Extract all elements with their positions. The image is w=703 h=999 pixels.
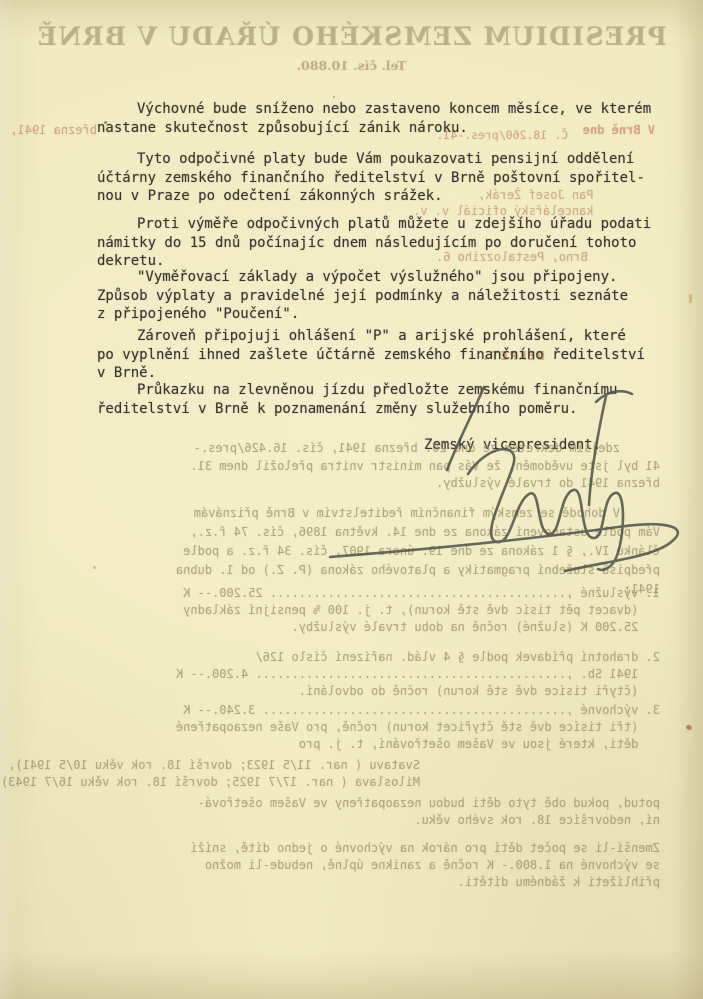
typed-paragraph: Průkazku na zlevněnou jízdu předložte ze… — [97, 381, 673, 418]
text-line: "Vyměřovací základy a výpočet výslužného… — [97, 268, 673, 287]
text-line: potud, pokud obě tyto děti budou nezaopa… — [40, 795, 660, 812]
text-line: z připojeného "Poučení". — [97, 305, 673, 324]
text-line: děti, které jsou ve Vašem ošetřování, t.… — [40, 736, 660, 753]
text-line: nou v Praze po odečtení zákonných srážek… — [97, 187, 673, 206]
text-line: (tři tisíce dvě stě čtyřicet korun) ročn… — [40, 719, 660, 736]
text-line: března 1941 do trvalé výslužby. — [40, 475, 660, 493]
text-line: Tyto odpočivné platy bude Vám poukazovat… — [97, 150, 673, 169]
text-line: (dvacet pět tisíc dvě stě korun), t. j. … — [40, 602, 660, 619]
bleed-paragraph: potud, pokud obě tyto děti budou nezaopa… — [40, 795, 660, 829]
text-line: po vyplnění ihned zašlete účtárně zemské… — [97, 346, 673, 365]
text-line: Proti výměře odpočivných platů můžete u … — [97, 215, 673, 234]
text-line: nastane skutečnost způsobující zánik nár… — [97, 119, 673, 138]
scanned-document-page: PRESIDIUM ZEMSKÉHO ÚŘADU V BRNĚ Tel. čís… — [0, 0, 703, 999]
bleed-letterhead-title: PRESIDIUM ZEMSKÉHO ÚŘADU V BRNĚ — [0, 28, 703, 45]
text-line: Zmenší-li se počet dětí pro nárok na výc… — [40, 840, 660, 857]
bleed-date-fragment: března 1941, — [2, 122, 97, 139]
text-line: zdejším dekretem ze dne 20. března 1941,… — [40, 440, 660, 458]
bleed-children-names: Svatavu ( nar. 11/5 1923; dovrší 18. rok… — [40, 757, 660, 791]
paper-speck — [685, 724, 693, 731]
text-line: ní, nedovršíce 18. rok svého věku. — [40, 812, 660, 829]
text-line: V dohodě se zemským finančním ředitelstv… — [40, 504, 660, 523]
bleed-list-item: 2. drahotní přídavek podle § 4 vlád. nař… — [40, 649, 660, 700]
paper-speck — [93, 566, 96, 569]
bleed-list-item: 1. výslužné ,...........................… — [40, 585, 660, 636]
text-line: 41 byl jste uvědoměn, že Vás pan ministr… — [40, 458, 660, 476]
typed-paragraph: Výchovné bude sníženo nebo zastaveno kon… — [97, 100, 673, 137]
text-line: 1. výslužné ,...........................… — [40, 585, 660, 602]
text-line: v Brně. — [97, 364, 673, 383]
text-line: 25.200 K (služné) ročně na dobu trvalé v… — [40, 619, 660, 636]
typed-paragraph: Zároveň připojuji ohlášení "P" a arijské… — [97, 327, 673, 383]
text-line: Zároveň připojuji ohlášení "P" a arijské… — [97, 327, 673, 346]
text-line: Způsob výplaty a pravidelné její podmínk… — [97, 287, 673, 306]
paper-speck — [104, 121, 107, 124]
text-line: námitky do 15 dnů počínajíc dnem následu… — [97, 234, 673, 253]
typed-paragraph: Proti výměře odpočivných platů můžete u … — [97, 215, 673, 271]
typed-paragraph: Tyto odpočivné platy bude Vám poukazovat… — [97, 150, 673, 206]
bleed-paragraph: zdejším dekretem ze dne 20. března 1941,… — [40, 440, 660, 493]
text-line: (čtyři tisíce dvě stě korun) ročně do od… — [40, 683, 660, 700]
bleed-list-item: 3. výchovné ,...........................… — [40, 702, 660, 753]
text-line: Vám podle ustanovení zákona ze dne 14. k… — [40, 523, 660, 542]
text-line: 1941 Sb. ,..............................… — [40, 666, 660, 683]
text-line: 3. výchovné ,...........................… — [40, 702, 660, 719]
typed-paragraph: "Vyměřovací základy a výpočet výslužného… — [97, 268, 673, 324]
text-line: předpisů služební pragmatiky a platového… — [40, 561, 660, 580]
paper-speck — [333, 96, 335, 98]
text-line: účtárny zemského finančního ředitelství … — [97, 169, 673, 188]
text-line: ředitelství v Brně k poznamenání změny s… — [97, 400, 673, 419]
text-line: Průkazku na zlevněnou jízdu předložte ze… — [97, 381, 673, 400]
paper-speck — [689, 294, 692, 303]
text-line: se výchovné na 1.800.- K ročně a zanikne… — [40, 857, 660, 874]
bleed-letterhead-phone: Tel. čís. 10.880. — [0, 57, 703, 74]
text-line: 2. drahotní přídavek podle § 4 vlád. nař… — [40, 649, 660, 666]
text-line: článku IV., § 1 zákona ze dne 19. února … — [40, 542, 660, 561]
text-line: přihlížeti k žádnému dítěti. — [40, 874, 660, 891]
text-line: Miloslava ( nar. 17/7 1925; dovrší 18. r… — [40, 774, 420, 791]
text-line: Výchovné bude sníženo nebo zastaveno kon… — [97, 100, 673, 119]
text-line: Svatavu ( nar. 11/5 1923; dovrší 18. rok… — [40, 757, 420, 774]
bleed-paragraph: Zmenší-li se počet dětí pro nárok na výc… — [40, 840, 660, 891]
